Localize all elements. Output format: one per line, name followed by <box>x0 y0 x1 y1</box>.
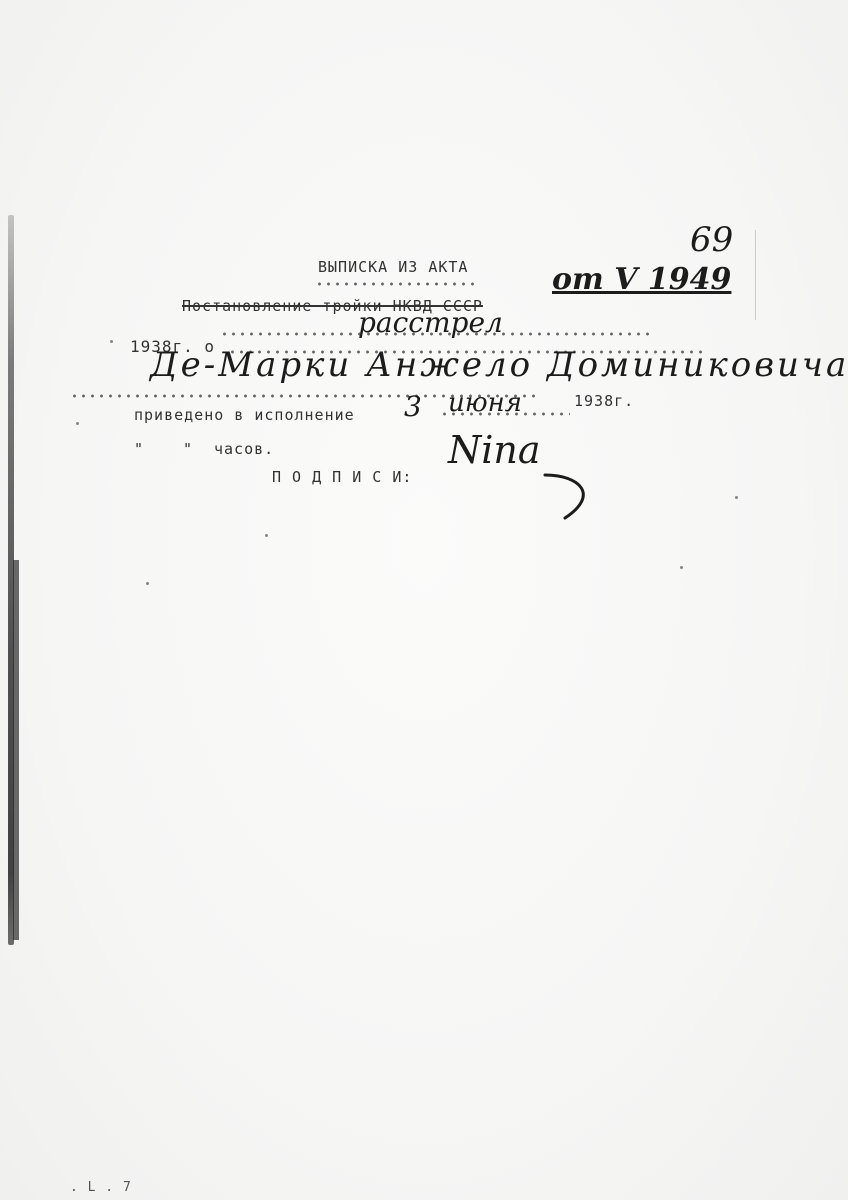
signatures-label: П О Д П И С И: <box>272 468 412 486</box>
document-page: ВЫПИСКА ИЗ АКТА 69 Постановление тройки … <box>0 0 848 1200</box>
hours-quote-open: " <box>134 440 144 458</box>
hours-quote-close: " <box>183 440 193 458</box>
dotted-line <box>440 412 570 416</box>
faint-rule <box>755 230 756 320</box>
paper-speck <box>110 340 113 343</box>
executed-label: приведено в исполнение <box>134 406 355 424</box>
paper-speck <box>680 566 683 569</box>
document-title: ВЫПИСКА ИЗ АКТА <box>318 258 468 276</box>
paper-speck <box>76 422 79 425</box>
signature-flourish <box>540 470 600 525</box>
bottom-mark: . L . 7 <box>70 1180 132 1195</box>
handwritten-executed-day: 3 <box>404 390 422 423</box>
paper-speck <box>146 582 149 585</box>
handwritten-signature: Nina <box>448 428 541 472</box>
executed-year: 1938г. <box>574 392 634 410</box>
handwritten-page-number: 69 <box>690 220 733 260</box>
paper-speck <box>735 496 738 499</box>
handwritten-decree-date: от V 1949 <box>552 262 731 297</box>
handwritten-person-name: Де-Марки Анжело Доминиковича <box>150 345 848 385</box>
binding-edge-shadow-dark <box>13 560 19 940</box>
hours-label: часов. <box>214 440 274 458</box>
dotted-line <box>220 332 650 336</box>
paper-speck <box>265 534 268 537</box>
dotted-line <box>315 282 480 286</box>
